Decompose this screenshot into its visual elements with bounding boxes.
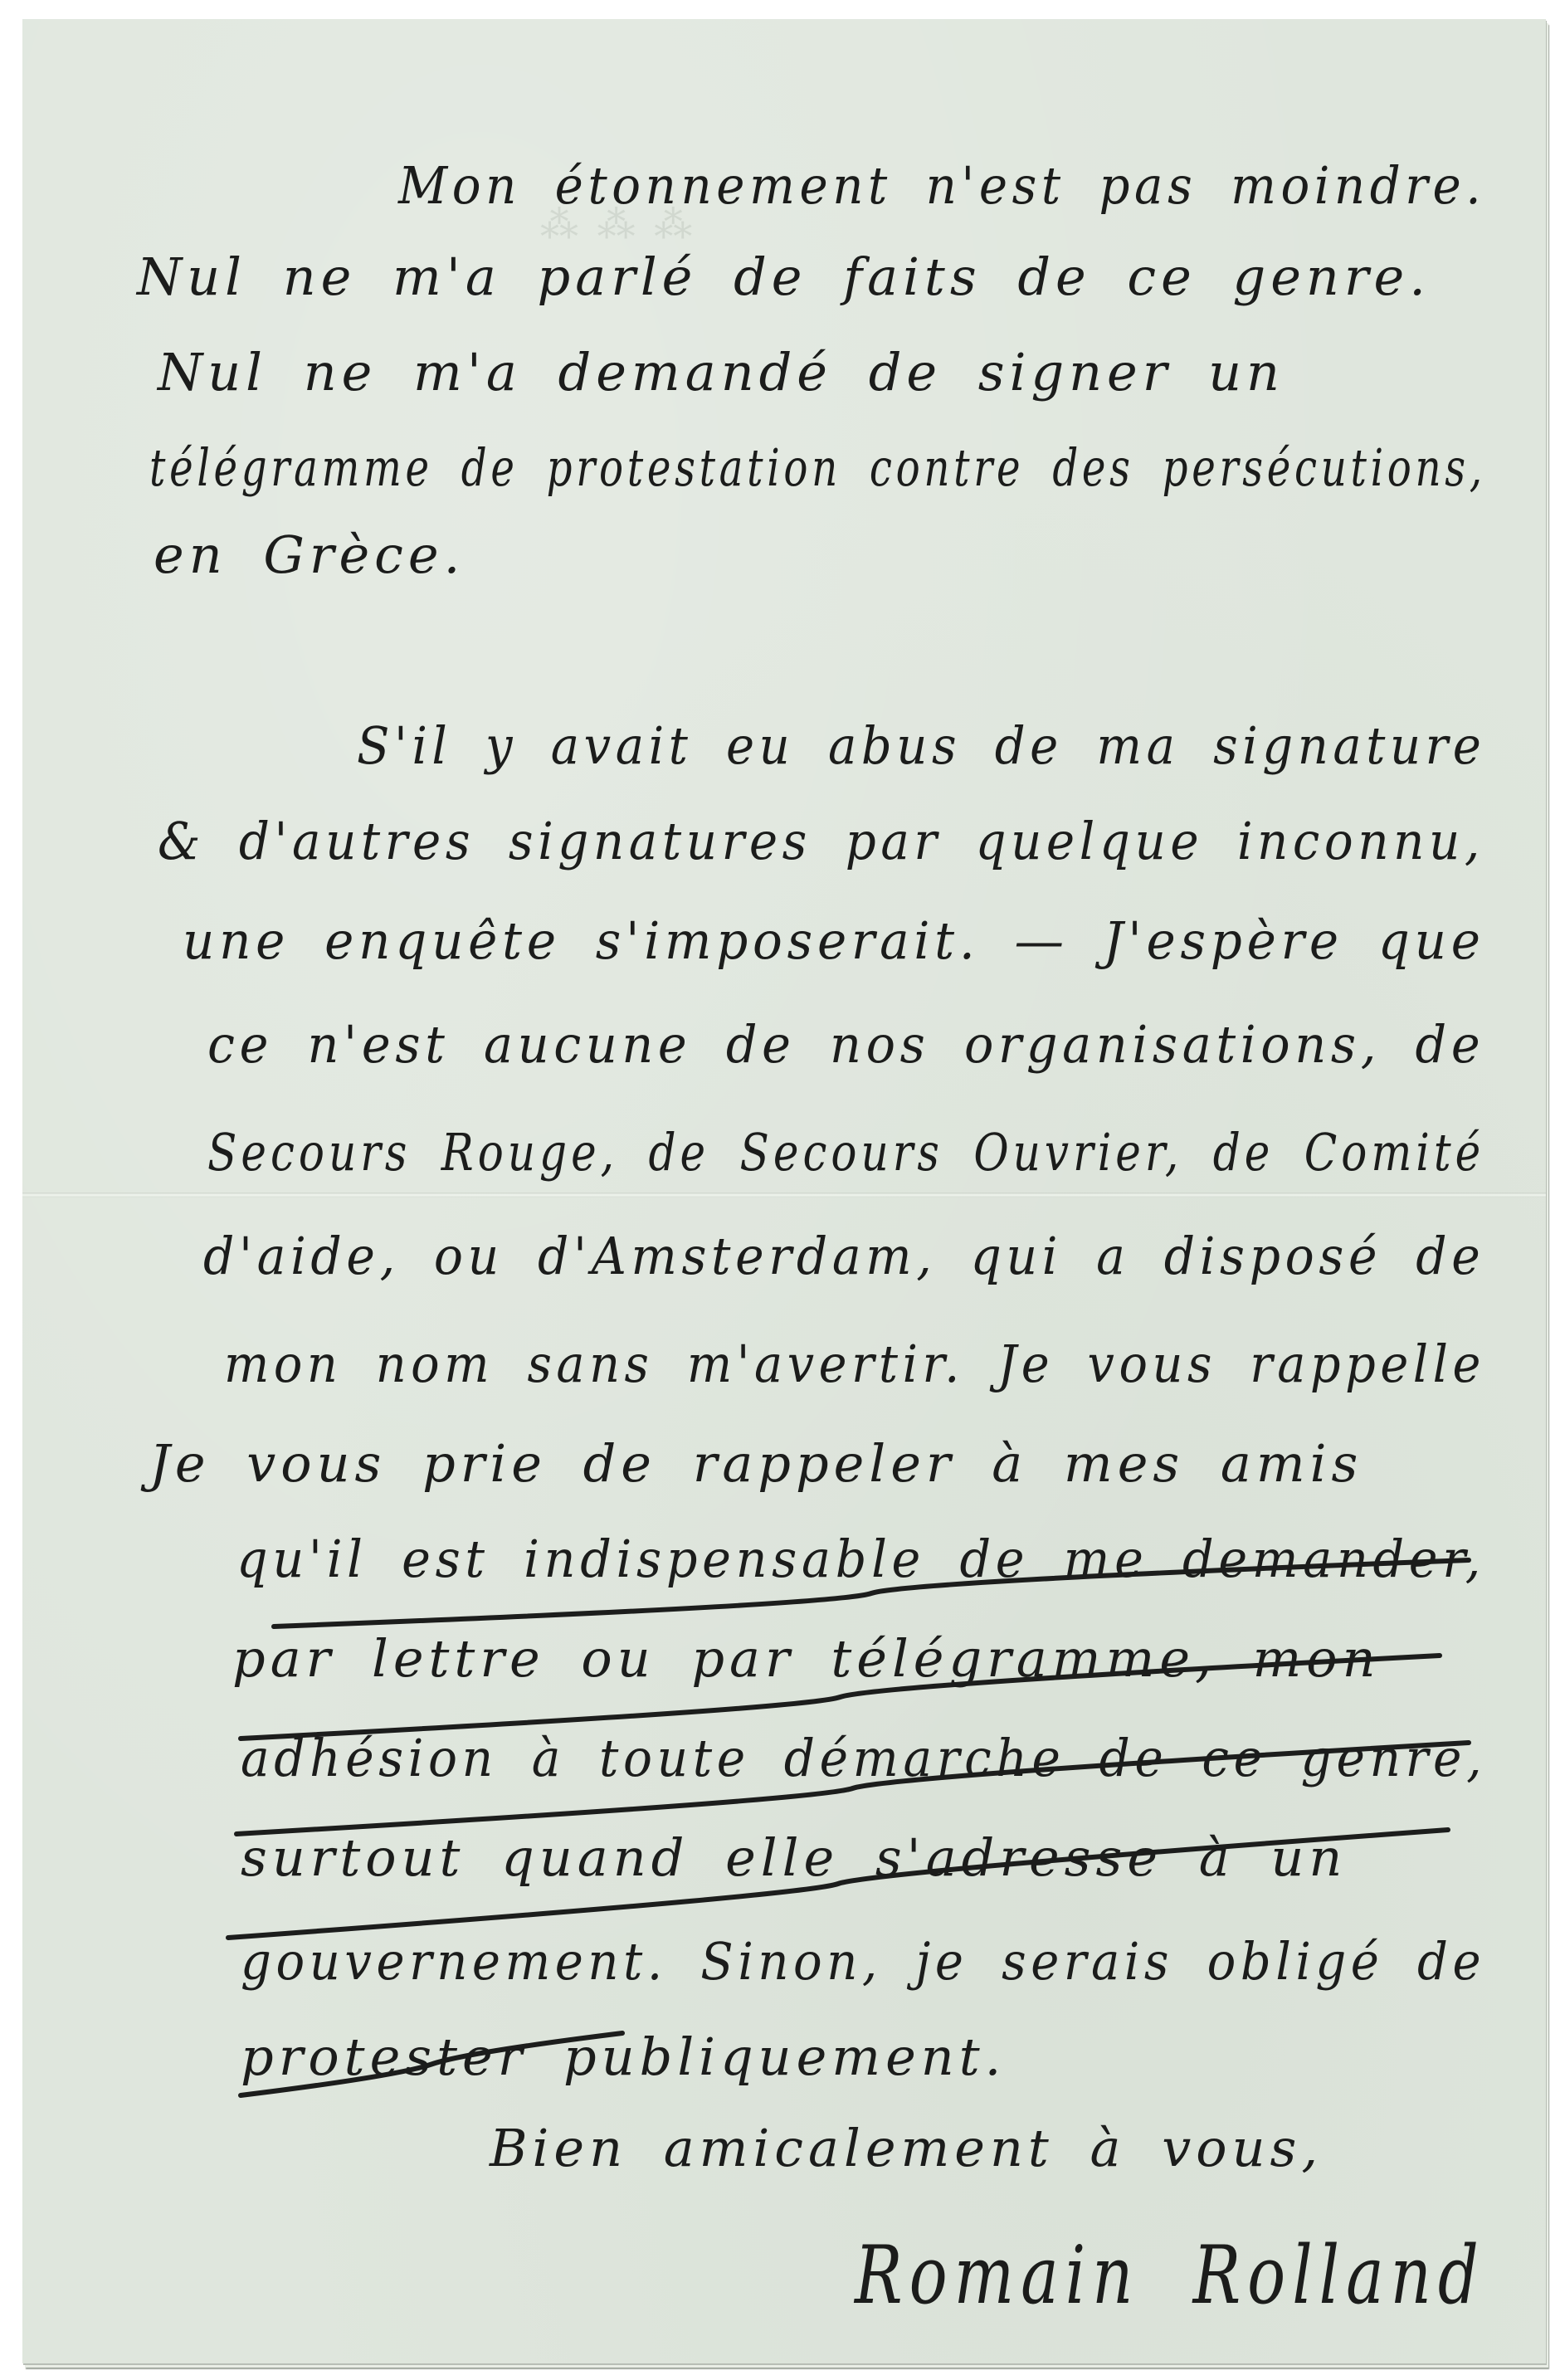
paper-fold-line [22, 1192, 1546, 1197]
letter-line: Secours Rouge, de Secours Ouvrier, de Co… [207, 1127, 1484, 1178]
letter-line: adhésion à toute démarche de ce genre, [241, 1733, 1486, 1784]
letter-line: S'il y avait eu abus de ma signature [357, 720, 1485, 772]
letter-line: d'aide, ou d'Amsterdam, qui a disposé de [203, 1231, 1484, 1282]
letter-line: ce n'est aucune de nos organisations, de [207, 1019, 1484, 1071]
letter-line: Nul ne m'a parlé de faits de ce genre. [137, 251, 1431, 303]
letter-line: gouvernement. Sinon, je serais obligé de [241, 1936, 1485, 1987]
letter-line: qu'il est indispensable de me demander, [236, 1534, 1485, 1585]
letter-line: Je vous prie de rappeler à mes amis [149, 1438, 1363, 1490]
letter-line: protester publiquement. [241, 2031, 1006, 2083]
signature: Romain Rolland [855, 2236, 1485, 2315]
letter-line: surtout quand elle s'adresse à un [241, 1832, 1347, 1884]
letter-line: en Grèce. [154, 529, 465, 581]
letter-line: par lettre ou par télégramme, mon [232, 1633, 1381, 1685]
letter-line: Mon étonnement n'est pas moindre. [398, 160, 1485, 212]
letter-line: Nul ne m'a demandé de signer un [158, 347, 1285, 398]
letter-line: & d'autres signatures par quelque inconn… [158, 816, 1484, 867]
closing-salutation: Bien amicalement à vous, [490, 2123, 1323, 2174]
letter-line: télégramme de protestation contre des pe… [149, 442, 1486, 494]
letter-line: mon nom sans m'avertir. Je vous rappelle [224, 1339, 1485, 1390]
letter-line: une enquête s'imposerait. — J'espère que [183, 915, 1485, 967]
